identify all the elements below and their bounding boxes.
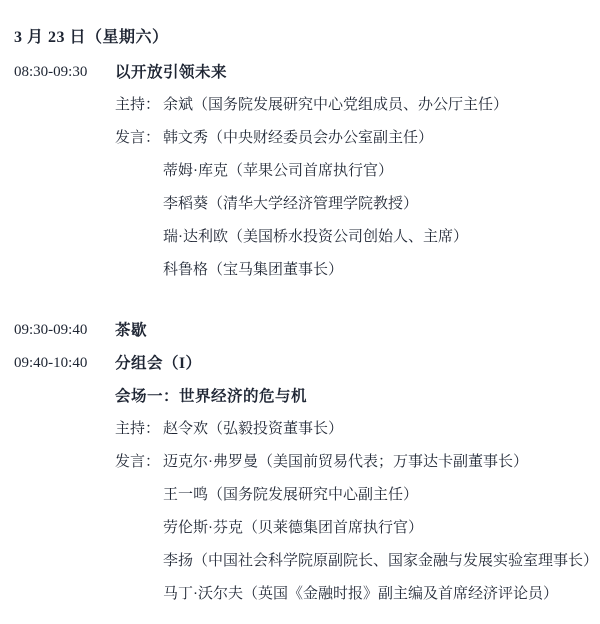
row-text: 李稻葵（清华大学经济管理学院教授） [163,196,418,212]
session-time: 09:40-10:40 [14,355,115,372]
session-title: 分组会（I） [115,355,590,372]
speaker-row: 科鲁格（宝马集团董事长） [115,262,590,279]
speaker-row: 发言：迈克尔·弗罗曼（美国前贸易代表；万事达卡副董事长） [115,454,590,471]
row-text: 王一鸣（国务院发展研究中心副主任） [163,487,418,503]
session-opening: 08:30-09:30 以开放引领未来 主持：余斌（国务院发展研究中心党组成员、… [14,64,590,295]
row-text: 迈克尔·弗罗曼（美国前贸易代表；万事达卡副董事长） [163,454,528,470]
row-text: 马丁·沃尔夫（英国《金融时报》副主编及首席经济评论员） [163,586,558,602]
session-tea-break: 09:30-09:40 茶歇 [14,322,590,355]
row-text: 蒂姆·库克（苹果公司首席执行官） [163,163,393,179]
session-content: 以开放引领未来 主持：余斌（国务院发展研究中心党组成员、办公厅主任） 发言：韩文… [115,64,590,295]
moderator-row: 主持：余斌（国务院发展研究中心党组成员、办公厅主任） [115,97,590,114]
speaker-row: 李稻葵（清华大学经济管理学院教授） [115,196,590,213]
role-label: 发言： [115,130,163,147]
role-label: 主持： [115,97,163,114]
session-content: 分组会（I） 会场一：世界经济的危与机 主持：赵令欢（弘毅投资董事长） 发言：迈… [115,355,590,619]
agenda-page: 3 月 23 日（星期六） 08:30-09:30 以开放引领未来 主持：余斌（… [0,0,600,619]
session-title: 以开放引领未来 [115,64,590,81]
session-content: 茶歇 [115,322,590,355]
speaker-row: 马丁·沃尔夫（英国《金融时报》副主编及首席经济评论员） [115,586,590,603]
speaker-row: 瑞·达利欧（美国桥水投资公司创始人、主席） [115,229,590,246]
role-label: 主持： [115,421,163,438]
row-text: 劳伦斯·芬克（贝莱德集团首席执行官） [163,520,423,536]
row-text: 余斌（国务院发展研究中心党组成员、办公厅主任） [163,97,508,113]
session-breakout-1: 09:40-10:40 分组会（I） 会场一：世界经济的危与机 主持：赵令欢（弘… [14,355,590,619]
speaker-row: 王一鸣（国务院发展研究中心副主任） [115,487,590,504]
speaker-row: 李扬（中国社会科学院原副院长、国家金融与发展实验室理事长） [115,553,590,570]
date-heading: 3 月 23 日（星期六） [14,29,590,46]
session-time: 09:30-09:40 [14,322,115,339]
session-subtitle: 会场一：世界经济的危与机 [115,388,590,405]
moderator-row: 主持：赵令欢（弘毅投资董事长） [115,421,590,438]
session-title: 茶歇 [115,322,590,339]
role-label: 发言： [115,454,163,471]
row-text: 科鲁格（宝马集团董事长） [163,262,343,278]
speaker-row: 蒂姆·库克（苹果公司首席执行官） [115,163,590,180]
row-text: 瑞·达利欧（美国桥水投资公司创始人、主席） [163,229,468,245]
session-time: 08:30-09:30 [14,64,115,81]
speaker-row: 劳伦斯·芬克（贝莱德集团首席执行官） [115,520,590,537]
speaker-row: 发言：韩文秀（中央财经委员会办公室副主任） [115,130,590,147]
row-text: 韩文秀（中央财经委员会办公室副主任） [163,130,433,146]
row-text: 赵令欢（弘毅投资董事长） [163,421,343,437]
row-text: 李扬（中国社会科学院原副院长、国家金融与发展实验室理事长） [163,553,598,569]
